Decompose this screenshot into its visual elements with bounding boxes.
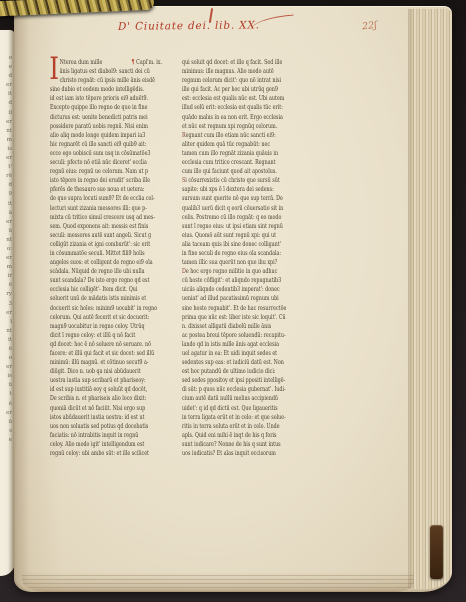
text-line: quoniā dicūt et nō faciūt. Nisi ergo sup [50, 404, 164, 413]
text-line: ry [0, 290, 15, 299]
text-line: uestra iustia sup scribarū et phariseoy: [50, 376, 164, 385]
text-line: celoy. Alio modo igit' intelligendum est [50, 440, 164, 449]
text-line: in terra ligata erūt et in celo: et que … [182, 413, 296, 422]
text-line: alia taceam quis ibi sine donec colligan… [182, 240, 296, 249]
text-line: uos non soluatis sed potius qd docebatis [50, 422, 164, 431]
text-line: christo regnāt: cū ipsis mille ānis eisd… [50, 76, 164, 85]
text-line: d [0, 181, 15, 190]
text-line: ille qui facit. Ac per hoc ubi utrūq gen… [182, 85, 296, 94]
text-line: ū [0, 418, 15, 427]
text-column-left: I Nterea dum mille ¶ Capl'm. ix. ānis li… [50, 58, 164, 458]
text-line: cum illo qui faciunt quod ait apostolus. [182, 167, 296, 176]
text-line: it [0, 336, 15, 345]
text-line: er [0, 254, 15, 263]
facing-page-sliver: oederitdilerntmisert'rēd9itāerūnto:ermir… [0, 30, 15, 576]
text-line: ritis in terra soluta erūt et in celo. U… [182, 422, 296, 431]
text-line: d [0, 99, 15, 108]
text-line: ecce ego uobiscū sum usq in cōsūmatōe3 [50, 149, 164, 158]
text-line: uidet': q id qd dictū est. Que ligauerit… [182, 404, 296, 413]
text-line: celis. Postremo cū illo regnāt: q eo mod… [182, 213, 296, 222]
text-line: hic regnarēt cū illo sancti ei9 quib9 ai… [50, 140, 164, 149]
text-line: m [0, 136, 15, 145]
text-line: De hoc ergo regno militie in quo adhuc [182, 267, 296, 276]
text-line: qd docet: hoc ē nō soluere nō seruare. n… [50, 340, 164, 349]
left-column-lines: ānis ligatus est diabol9: sancti dei cūc… [50, 67, 164, 458]
text-line: ueniat' ad illud pacatissimū regnum ubi [182, 294, 296, 303]
text-line: ū [0, 227, 15, 236]
drop-cap-initial: I [49, 55, 58, 84]
text-line: celorum. Qui autē fecerit et sic docueri… [50, 313, 164, 322]
chapter-rubric-text: Capl'm. ix. [136, 58, 162, 67]
text-line: regnū eius: regnū ue celorum. Nam ut p [50, 167, 164, 176]
text-line: Regnant cum illo etiam nūc sancti ei9: [182, 131, 296, 140]
text-line: lecturi sunt zizania messores illi: que … [50, 204, 164, 213]
photo-frame: oederitdilerntmisert'rēd9itāerūnto:ermir… [0, 0, 466, 602]
text-line: in cōsummatōe seculi. Mittet fili9 hoīis [50, 249, 164, 258]
text-line: pferēs de thesauro suo noua et uetera: [50, 185, 164, 194]
text-line: qui soluit qd docet: et ille q facit. Se… [182, 58, 296, 67]
text-line: regnū celoy: ubi ambo sūt: et ille scili… [50, 449, 164, 458]
text-line: sunt iudicare? Nonne de his q sunt intus [182, 440, 296, 449]
text-line: uos iudicatis? Et aīas inquit occisorum [182, 449, 296, 458]
text-line: s [0, 427, 15, 436]
text-line: magn9 uocabitur in regno celoy. Utrūq [50, 322, 164, 331]
text-line: er [0, 309, 15, 318]
text-line: er [0, 118, 15, 127]
text-line: er [0, 81, 15, 90]
text-line: faciatis: nō intrabitis inquit in regnū [50, 431, 164, 440]
text-line: regnum celorum dicit': quo nō intrat nis… [182, 76, 296, 85]
text-line: 9 [0, 190, 15, 199]
text-line: seculi: messores autē sunt angeli. Sicut… [50, 231, 164, 240]
text-line: il [0, 109, 15, 118]
text-line: nt [0, 127, 15, 136]
leather-tab [430, 525, 443, 579]
text-line: in fine seculi de regno eius oīa scandal… [182, 249, 296, 258]
text-line: is [0, 145, 15, 154]
text-line: uel agatur in ea: Et uidi inquit sedes e… [182, 349, 296, 358]
text-line: soluerit unū de mādatis istis minimis et [50, 294, 164, 303]
text-line: er [0, 154, 15, 163]
chapter-rubric: ¶ Capl'm. ix. [132, 58, 164, 67]
text-line: De scribis n. et phariseis alio loco dix… [50, 394, 164, 403]
text-line: Excepto quippe illo regno de quo in fine [50, 103, 164, 112]
text-line: seculi: pfecto nō etiā nūc diceret' eccl… [50, 158, 164, 167]
text-line: facere: et illū qui facit et sic docet: … [50, 349, 164, 358]
text-line: de quo supra locuti sum9? Et de ecclia c… [50, 194, 164, 203]
bottom-edge-leaves [22, 572, 414, 592]
text-line: docuerit sic hoīes: minim9 uocabit' in r… [50, 304, 164, 313]
text-line: ē [0, 345, 15, 354]
text-line: tamen cum illo regnāt zizania quāuis in [182, 149, 296, 158]
book-page: D' Ciuitate dei. lib. XX. 22ʃ I Nterea d… [14, 6, 452, 592]
text-line: er [0, 218, 15, 227]
text-line: diūgit. Dico n. uob qa nisi abūdauerit [50, 367, 164, 376]
text-line: sem. Quod exponens ait: messis est finis [50, 222, 164, 231]
text-line: scādala. Nūquid de regno illo ubi nulla [50, 267, 164, 276]
first-line-text: Nterea dum mille [60, 58, 103, 67]
text-line: ā [0, 209, 15, 218]
text-line: Si cōsurrexistis cū christo que sursū sū… [182, 176, 296, 185]
text-line: e [0, 436, 15, 445]
text-line: isto tēpore in regno dei erudit' scriba … [50, 176, 164, 185]
text-line: n. dixisset alligatū diabolū mille ānis [182, 322, 296, 331]
text-line: ū [0, 381, 15, 390]
chapter-first-line: Nterea dum mille ¶ Capl'm. ix. [50, 58, 164, 67]
text-line: dicit ī regno celoy: et illū q nō facit [50, 331, 164, 340]
text-line: sunt scandala? De isto ergo regno qd est [50, 276, 164, 285]
right-column-lines: qui soluit qd docet: et ille q facit. Se… [182, 58, 296, 458]
text-line: e [0, 63, 15, 72]
text-line: 3 [0, 300, 15, 309]
text-line: uiciis aliqndo cedentib3 imperat': donec [182, 285, 296, 294]
text-line: quādo malus in ea non erit. Ergo ecclesi… [182, 113, 296, 122]
text-line: est hoc putandū de ultimo iudicio dici: [182, 367, 296, 376]
pilcrow-mark: ¶ [132, 58, 135, 67]
text-line: o [0, 354, 15, 363]
text-line: est: ecclesia est qualis nūc est. Ubi au… [182, 94, 296, 103]
text-line: nt [0, 236, 15, 245]
text-line: t' [0, 163, 15, 172]
text-line: o: [0, 245, 15, 254]
fore-edge-leaves [408, 9, 452, 589]
text-line: o [0, 54, 15, 63]
text-line: possidere paratū uobis regnū. Nisi enim [50, 122, 164, 131]
text-line: illud solū erit: ecclesia est qualis tūc… [182, 103, 296, 112]
text-line: m [0, 263, 15, 272]
text-line: alio aliq modo longe quidem impari ia3 [50, 131, 164, 140]
text-line: cium autē datū nullū melius accipiendū [182, 394, 296, 403]
text-line: et nūc est regnum xpi regnūq celorum. [182, 122, 296, 131]
text-line: ecclesia hic colligēt'- Item dicit. Qui [50, 285, 164, 294]
text-line: eius. Quomō aūt sunt regnū xpi: qui ut [182, 231, 296, 240]
text-line: d [0, 72, 15, 81]
red-stroked-capital: R [182, 132, 186, 139]
text-line: ē [0, 281, 15, 290]
text-line: apls. Quid eni mihi ē inqt de his q fori… [182, 431, 296, 440]
text-line: it [0, 200, 15, 209]
text-line: minimū: illū magnū. et cōtinuo secut9 a- [50, 358, 164, 367]
text-line: ē [0, 400, 15, 409]
text-line: t [0, 390, 15, 399]
text-line: sine hoste regnabit'. Et de hac resurrec… [182, 304, 296, 313]
text-line: it [0, 90, 15, 99]
text-line: ī [0, 318, 15, 327]
text-line: nt [0, 327, 15, 336]
text-line: sursum sunt querite nō que sup terrā. De [182, 194, 296, 203]
text-line: tamen illic sua querūt non que ihu xpi? [182, 258, 296, 267]
text-line: cū hoste cōfligit': et aliqndo repugnati… [182, 276, 296, 285]
text-line: angelos suos: et colligent de regno ei9 … [50, 258, 164, 267]
text-column-right: qui soluit qd docet: et ille q facit. Se… [182, 58, 296, 458]
text-line: ac postea breui tēpore soluendū: recapit… [182, 331, 296, 340]
text-line: dicturus est: uenite benedicti patris me… [50, 113, 164, 122]
text-line: er [0, 409, 15, 418]
text-line: sapite: ubi xps ē ī dextera dei sedens: [182, 185, 296, 194]
text-line: sedentes sup eas: et iudiciū datū est. N… [182, 358, 296, 367]
facing-page-line-ends: oederitdilerntmisert'rēd9itāerūnto:ermir… [0, 54, 15, 445]
text-line: sunt ī regno eius: ut ipsi etiam sint re… [182, 222, 296, 231]
text-line: er [0, 363, 15, 372]
text-line: id est iam isto tēpore prioris ei9 aduēt… [50, 94, 164, 103]
text-line: minimus: ille magnus. Alio modo autē [182, 67, 296, 76]
text-line: is [0, 372, 15, 381]
folio-number: 22ʃ [361, 19, 388, 33]
text-line: aliter quidem quā tūc regnabūt: nec [182, 140, 296, 149]
text-line: qualib3 uerū dicit q eorū cōuersatio sit… [182, 204, 296, 213]
text-line: ānis ligatus est diabol9: sancti dei cū [50, 67, 164, 76]
text-line: sed sedes ppositoy et ipsi ppositi intel… [182, 376, 296, 385]
text-line: istos abūdauerit iustia uestra: id est u… [50, 413, 164, 422]
red-stroked-capital: D [182, 268, 186, 275]
text-line: rē [0, 172, 15, 181]
text-line: ecclesia cum tritico crescant. Regnant [182, 158, 296, 167]
red-stroked-capital: S [182, 177, 185, 184]
text-line: ir [0, 272, 15, 281]
text-line: id est sup iustitiā eoy q soluūt qd docē… [50, 385, 164, 394]
running-title: D' Ciuitate dei. lib. XX. [118, 18, 278, 34]
text-line: sine dubio et eodem modo intelligēdis. [50, 85, 164, 94]
text-line: di sūt: p quos nūc ecclesia gubernat'. I… [182, 385, 296, 394]
text-line: mixta cū tritico simul crescere usq ad m… [50, 213, 164, 222]
text-line: colligūt zizania et igni comburūt': sic … [50, 240, 164, 249]
text-line: lando qd in istis mille ānis agat eccles… [182, 340, 296, 349]
text-line: prima que nūc est: liber iste sic loquit… [182, 313, 296, 322]
